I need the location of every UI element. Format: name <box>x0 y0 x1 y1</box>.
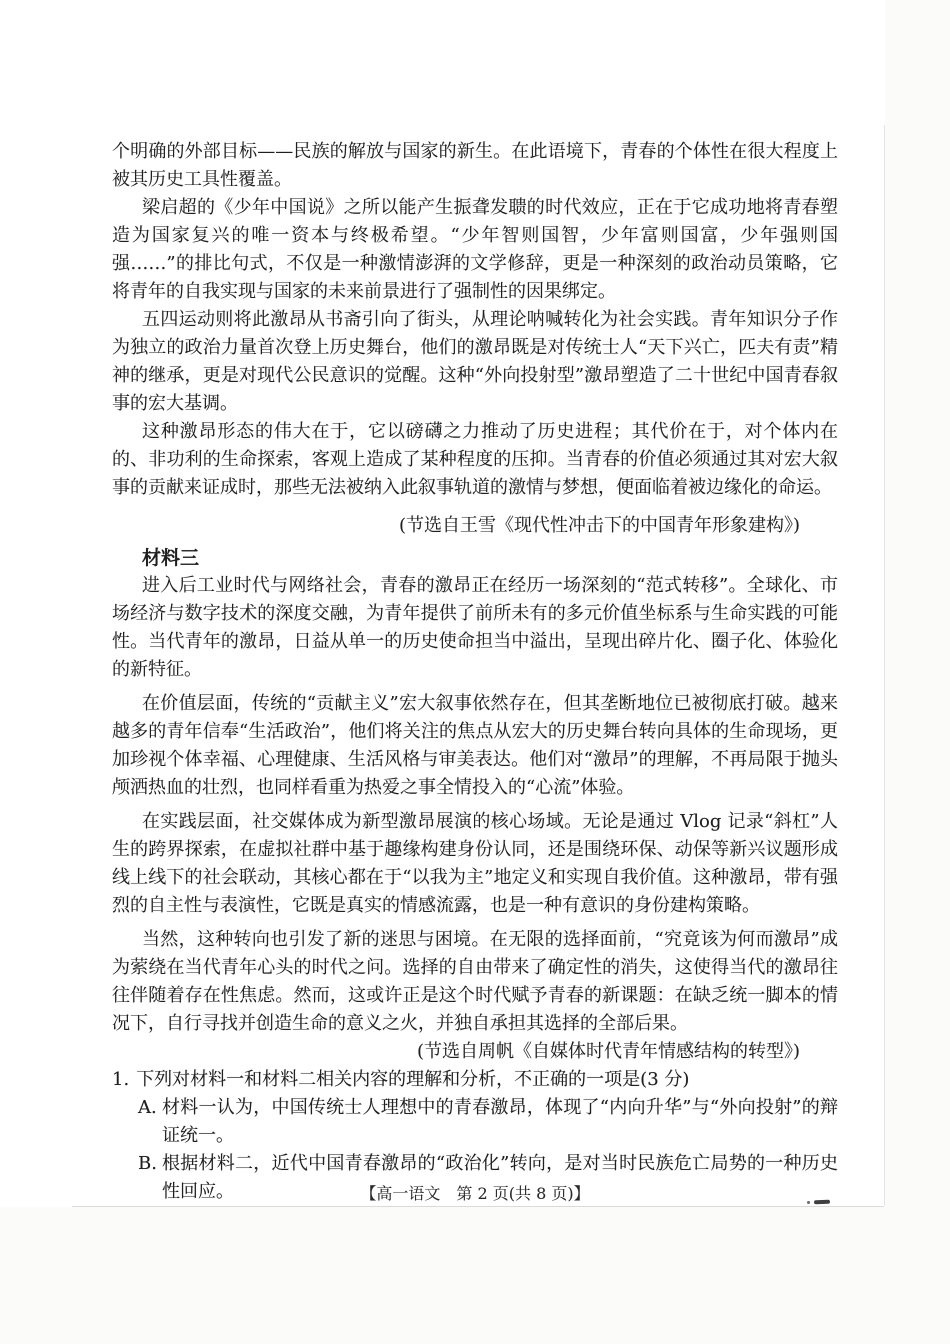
paragraph: 这种激昂形态的伟大在于，它以磅礴之力推动了历史进程；其代价在于，对个体内在的、非… <box>112 418 838 502</box>
question-1-stem: 1.下列对材料一和材料二相关内容的理解和分析，不正确的一项是(3 分) <box>112 1066 838 1094</box>
paragraph: 进入后工业时代与网络社会，青春的激昂正在经历一场深刻的“范式转移”。全球化、市场… <box>112 572 838 684</box>
material-three-attribution: (节选自周帆《自媒体时代青年情感结构的转型》) <box>112 1038 838 1066</box>
exam-page-scan: 个明确的外部目标——民族的解放与国家的新生。在此语境下，青春的个体性在很大程度上… <box>0 0 950 1344</box>
material-two-continuation: 个明确的外部目标——民族的解放与国家的新生。在此语境下，青春的个体性在很大程度上… <box>112 138 838 540</box>
paragraph: 在价值层面，传统的“贡献主义”宏大叙事依然存在，但其垄断地位已被彻底打破。越来越… <box>112 690 838 802</box>
option-text: 材料一认为，中国传统士人理想中的青春激昂，体现了“内向升华”与“外向投射”的辩证… <box>162 1097 838 1146</box>
ink-smudge-mark <box>814 1200 830 1205</box>
paragraph-continuation: 个明确的外部目标——民族的解放与国家的新生。在此语境下，青春的个体性在很大程度上… <box>112 138 838 194</box>
material-two-attribution: (节选自王雪《现代性冲击下的中国青年形象建构》) <box>112 512 838 540</box>
option-label: B. <box>138 1150 157 1178</box>
material-three-heading: 材料三 <box>112 544 838 572</box>
paragraph: 在实践层面，社交媒体成为新型激昂展演的核心场域。无论是通过 Vlog 记录“斜杠… <box>112 808 838 920</box>
scan-background-bottom <box>0 1207 950 1344</box>
material-three: 材料三 进入后工业时代与网络社会，青春的激昂正在经历一场深刻的“范式转移”。全球… <box>112 544 838 1066</box>
question-number: 1. <box>112 1066 129 1094</box>
option-label: A. <box>138 1094 157 1122</box>
question-stem-text: 下列对材料一和材料二相关内容的理解和分析，不正确的一项是(3 分) <box>136 1069 689 1090</box>
page-bottom-edge-line <box>72 1206 884 1207</box>
paragraph: 梁启超的《少年中国说》之所以能产生振聋发聩的时代效应，正在于它成功地将青春塑造为… <box>112 194 838 306</box>
page-content: 个明确的外部目标——民族的解放与国家的新生。在此语境下，青春的个体性在很大程度上… <box>112 138 838 1206</box>
paragraph: 当然，这种转向也引发了新的迷思与困境。在无限的选择面前，“究竟该为何而激昂”成为… <box>112 926 838 1038</box>
scan-background-right <box>885 0 950 1207</box>
ink-smudge-dot <box>807 1201 810 1204</box>
paragraph: 五四运动则将此激昂从书斋引向了街头，从理论呐喊转化为社会实践。青年知识分子作为独… <box>112 306 838 418</box>
page-right-edge-line <box>884 125 885 1206</box>
question-1-option-a: A. 材料一认为，中国传统士人理想中的青春激昂，体现了“内向升华”与“外向投射”… <box>112 1094 838 1150</box>
